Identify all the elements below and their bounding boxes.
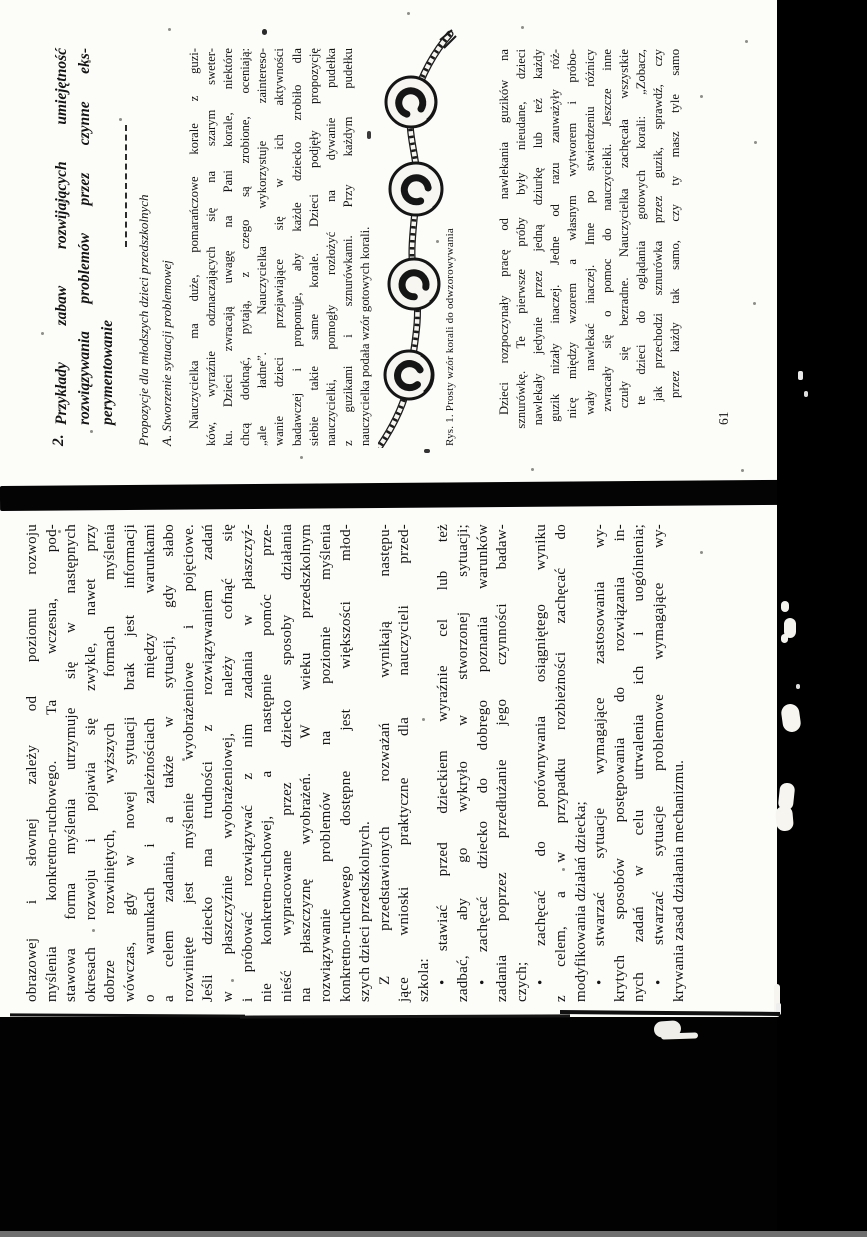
scan-artifact [299, 300, 302, 303]
scan-artifact [521, 26, 524, 29]
button-bead-1 [386, 77, 436, 127]
text-line: ków,wyraźnieodznaczającychsięnaszarymswe… [203, 48, 220, 446]
scan-artifact [367, 131, 371, 139]
scan-artifact [562, 868, 565, 871]
text-line: Przykładyzabawrozwijającychumiejętność [50, 48, 73, 425]
scan-artifact [58, 530, 61, 533]
scan-artifact [745, 40, 748, 43]
scan-artifact [92, 929, 95, 932]
scan-black-bottom [0, 1017, 867, 1237]
text-line: „aleładne”.Nauczycielkawykorzystujezaint… [254, 48, 271, 446]
text-line: nauczycielka podała wzór gotowych korali… [357, 48, 374, 446]
page-number-61: 61 [716, 48, 732, 425]
scan-artifact [407, 12, 410, 15]
text-line: acelemzadania,atakżewsytuacji,gdysłabo [160, 524, 180, 1002]
text-line: zcelem,awprzypadkurozbieżnościzachęcaćdo [552, 524, 572, 1002]
text-line: zguzikamiisznurówkami.Przykażdympudełku [340, 48, 357, 446]
text-line: Nauczycielkamaduże,pomarańczowekoralezgu… [186, 48, 203, 446]
scan-artifact [798, 371, 803, 380]
text-line: sznurówkę.Tepierwszepróbybyłynieudane,dz… [513, 49, 530, 429]
scan-artifact [796, 684, 800, 689]
text-line: stawowaformamyśleniautrzymujesięwnastępn… [62, 524, 82, 1002]
page-60: obrazowejisłownejzależyodpoziomurozwojum… [15, 512, 705, 1008]
text-line: rozwiązywaniaproblemówprzezczynneeks- [73, 48, 96, 425]
text-line: zadbać,abygowykryłowstworzonejsytuacji; [454, 524, 474, 1002]
scan-artifact [741, 469, 744, 472]
scan-artifact [300, 456, 303, 459]
scan-artifact [231, 979, 234, 982]
text-line: jakprzechodzisznurówkaprzezguzik,sprawdź… [650, 49, 667, 401]
button-bead-3 [389, 259, 439, 309]
text-line: ku.DziecizwracająuwagęnaPanikorale,niekt… [220, 48, 237, 446]
text-line: nicęmiędzywzoremawłasnymwytworemipróbo- [564, 49, 581, 418]
text-line: Zprzedstawionychrozważańwynikająnastępu- [376, 524, 396, 1002]
scan-artifact [700, 551, 703, 554]
text-line: nawlekałyjedynieprzezjednądziurkęlubteżk… [530, 49, 547, 425]
scan-artifact [424, 449, 430, 453]
text-line: niekonkretno-ruchowej,anastępniepomócprz… [258, 524, 278, 1002]
text-line: ipróbowaćrozwiązywaćznimzadaniawpłaszczy… [239, 524, 259, 1002]
page-61: 2. Przykładyzabawrozwijającychumiejętnoś… [18, 8, 778, 453]
scan-artifact [119, 118, 122, 121]
button-bead-2 [390, 163, 442, 215]
text-line: wałynawlekaćinaczej.Innepostwierdzeniuró… [582, 49, 599, 415]
gutter-shadow-band [0, 480, 789, 511]
text-line: jącewnioskipraktycznedlanauczycieliprzed… [395, 524, 415, 1002]
text-line: waniedzieciprzejawiającesięwichaktywnośc… [271, 48, 288, 446]
scan-artifact [753, 302, 756, 305]
scan-artifact [41, 332, 44, 335]
text-line: owarunkachizależnościachmiędzywarunkami [141, 524, 161, 1002]
text-line: obrazowejisłownejzależyodpoziomurozwoju [23, 524, 43, 1002]
text-line: tedziecidooglądaniagotowychkorali:„Zobac… [633, 49, 650, 405]
text-line: chcądotknąć,pytają,zczegosązrobione,ocen… [237, 48, 254, 446]
text-line: przezkażdytaksamo,czytymasztylesamo [667, 49, 684, 398]
scan-artifact [754, 141, 757, 144]
scan-artifact [560, 1010, 780, 1016]
text-line: nychzadańwceluutrwaleniaichiuogólnienia; [630, 524, 650, 1002]
text-line: zwracałysięopomocdonauczycielki.Jeszczei… [599, 49, 616, 412]
scan-artifact [661, 1032, 698, 1039]
text-line: nauczycielki,pomogłyrozłożyćnadywaniepud… [323, 48, 340, 446]
scan-artifact [436, 240, 439, 243]
scanned-book-spread: 2. Przykładyzabawrozwijającychumiejętnoś… [0, 0, 867, 1237]
text-line: •stwarzaćsytuacjeproblemowewymagającewy- [650, 524, 670, 1002]
text-line: konkretno-ruchowegodostępnejestwiększośc… [337, 524, 357, 1002]
heading-rule [125, 125, 127, 247]
text-line: krytychsposobówpostępowaniadorozwiązania… [611, 524, 631, 1002]
text-line: Jeślidzieckomatrudnościzrozwiązywaniemza… [199, 524, 219, 1002]
text-line: szkola: [415, 524, 435, 1002]
scan-artifact [182, 758, 185, 761]
scan-artifact [90, 430, 93, 433]
text-line: Dziecirozpoczynałypracęodnawlekaniaguzik… [496, 49, 513, 432]
text-line: zadaniapoprzezprzedłużaniejegoczynnościb… [493, 524, 513, 1002]
text-line: czułysiębezradne.Nauczycielkazachęcaławs… [616, 49, 633, 408]
text-line: guziknizałyinaczej.Jedneodrazuzauważyłyr… [547, 49, 564, 422]
text-line: •stwarzaćsytuacjewymagającezastosowaniaw… [591, 524, 611, 1002]
scan-artifact [775, 805, 794, 831]
text-line: siebietakiesamekorale.Dziecipodjęłypropo… [306, 48, 323, 446]
paragraph-a: Nauczycielkamaduże,pomarańczowekoralezgu… [186, 48, 374, 446]
figure-caption: Rys. 1. Prosty wzór korali do odwzorowyw… [442, 48, 458, 446]
scan-artifact [422, 718, 425, 721]
text-line: dobrzerozwiniętych,wyższychformachmyślen… [101, 524, 121, 1002]
section-heading-lines: Przykładyzabawrozwijającychumiejętnośćro… [50, 48, 119, 425]
subsection-heading: A. Stworzenie sytuacji problemowej [157, 48, 177, 446]
text-line: perymentowanie [96, 48, 119, 425]
scan-artifact [262, 29, 267, 35]
text-line: •zachęcaćdzieckododobregopoznaniawarunkó… [474, 524, 494, 1002]
text-line: krywania zasad działania mechanizmu. [670, 524, 690, 1002]
subheading: Propozycje dla młodszych dzieci przedszk… [134, 48, 154, 446]
section-number: 2. [50, 434, 68, 446]
text-line: myśleniakonkretno-ruchowego.Tawczesna,po… [43, 524, 63, 1002]
text-line: wpłaszczyźniewyobrażeniowej,należycofnąć… [219, 524, 239, 1002]
scan-artifact [531, 468, 534, 471]
button-bead-4 [385, 351, 433, 399]
scan-artifact [168, 28, 171, 31]
scan-artifact [781, 634, 788, 643]
text-line: napłaszczyznęwyobrażeń.Wwiekuprzedszkoln… [297, 524, 317, 1002]
scan-artifact [700, 95, 703, 98]
text-line: •stawiaćprzeddzieckiemwyraźniecellubteż [434, 524, 454, 1002]
text-line: •zachęcaćdoporównywaniaosiągniętegowynik… [532, 524, 552, 1002]
paragraph-b: Dziecirozpoczynałypracęodnawlekaniaguzik… [496, 49, 684, 432]
scan-artifact [0, 1231, 867, 1237]
text-line: nieśćwypracowaneprzezdzieckosposobydział… [278, 524, 298, 1002]
scan-artifact [804, 391, 808, 397]
section-heading: 2. Przykładyzabawrozwijającychumiejętnoś… [50, 48, 119, 446]
text-line: szych dzieci przedszkolnych. [356, 524, 376, 1002]
scan-artifact [781, 601, 789, 612]
text-line: rozwiązywanieproblemównapoziomiemyślenia [317, 524, 337, 1002]
scan-artifact [63, 200, 66, 203]
text-line: wówczas,gdywnowejsytuacjibrakjestinforma… [121, 524, 141, 1002]
text-line: badawczejiproponuje,abykażdedzieckozrobi… [289, 48, 306, 446]
page-60-text: obrazowejisłownejzależyodpoziomurozwojum… [23, 524, 689, 1002]
text-line: modyfikowania działań dziecka; [572, 524, 592, 1002]
text-line: czych; [513, 524, 533, 1002]
text-line: rozwiniętejestmyśleniewyobrażenioweipoję… [180, 524, 200, 1002]
scan-artifact [88, 60, 91, 63]
